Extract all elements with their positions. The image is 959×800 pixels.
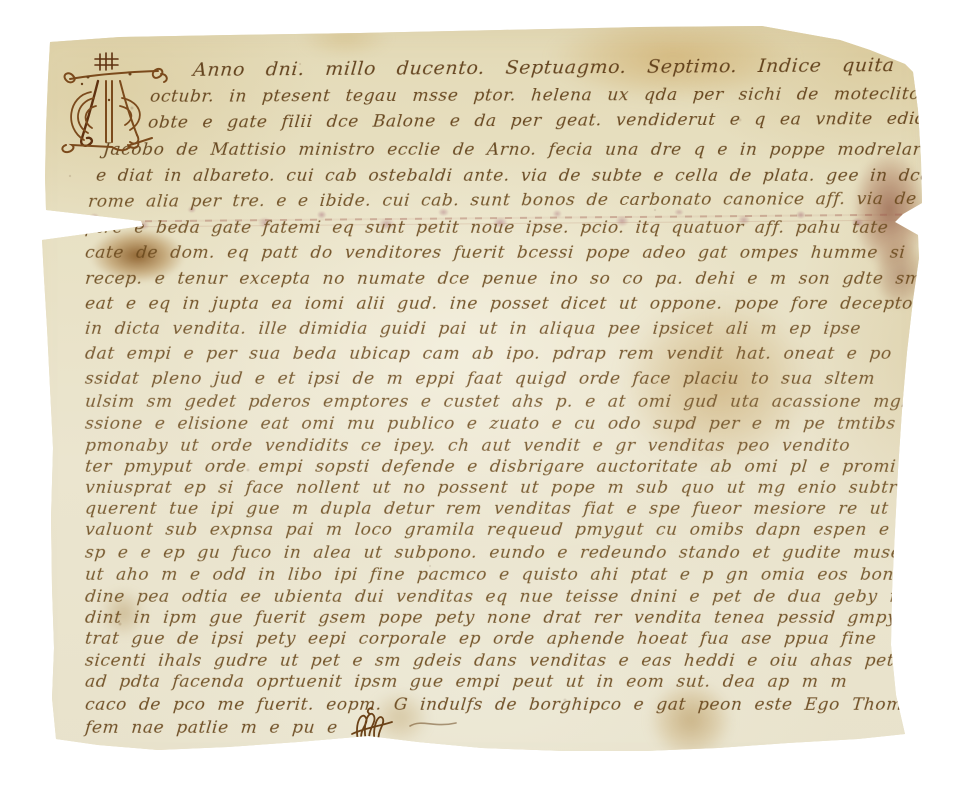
- edge-shading: [0, 0, 959, 800]
- parchment-sheet: Anno dni. millo ducento. Septuagmo. Sept…: [0, 0, 959, 800]
- manuscript-photo: Anno dni. millo ducento. Septuagmo. Sept…: [0, 0, 959, 800]
